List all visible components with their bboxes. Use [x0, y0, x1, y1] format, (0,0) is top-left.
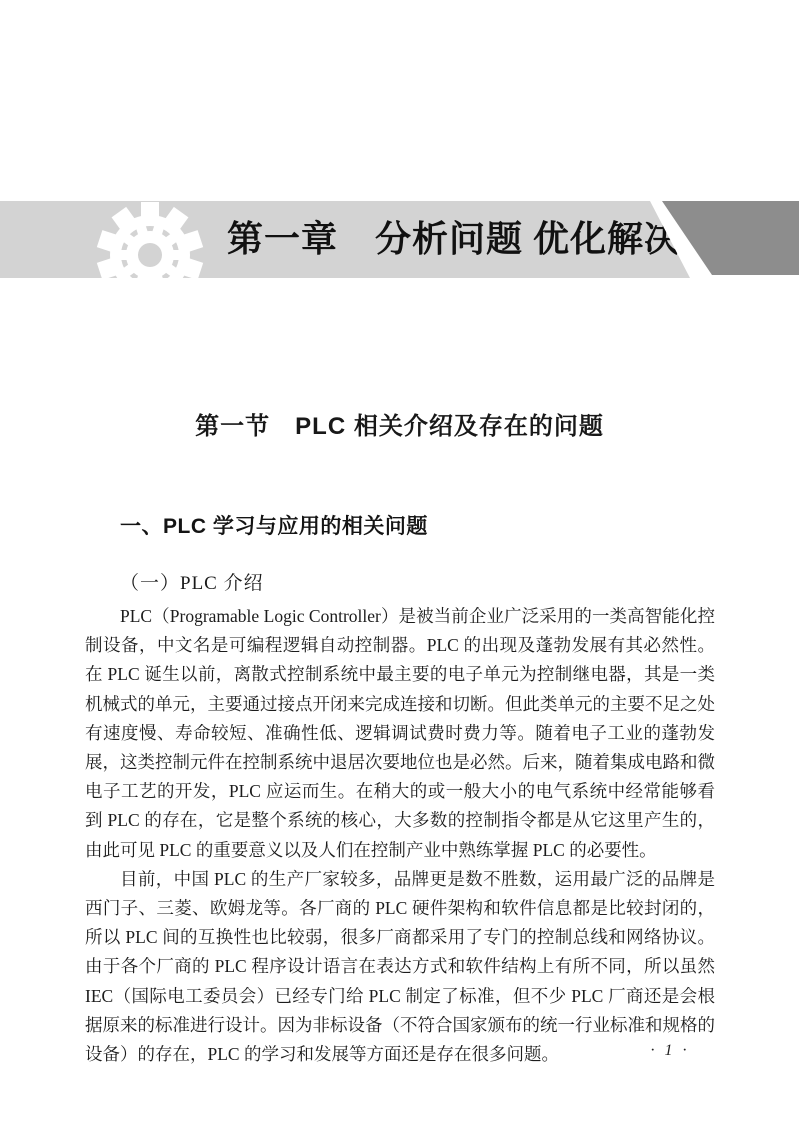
body-text: PLC（Programable Logic Controller）是被当前企业广… [85, 602, 715, 1069]
book-page: 第一章 分析问题 优化解决方案 第一节 PLC 相关介绍及存在的问题 一、PLC… [0, 0, 799, 1124]
gear-icon [95, 201, 205, 278]
section-title: 第一节 PLC 相关介绍及存在的问题 [0, 406, 799, 441]
page-number: · 1 · [638, 1042, 702, 1060]
subsection-heading: 一、PLC 学习与应用的相关问题 [120, 510, 428, 540]
paragraph-1: PLC（Programable Logic Controller）是被当前企业广… [85, 602, 715, 865]
paragraph-2: 目前，中国 PLC 的生产厂家较多，品牌更是数不胜数，运用最广泛的品牌是西门子、… [85, 865, 715, 1069]
sub-subsection-heading: （一）PLC 介绍 [120, 568, 264, 595]
